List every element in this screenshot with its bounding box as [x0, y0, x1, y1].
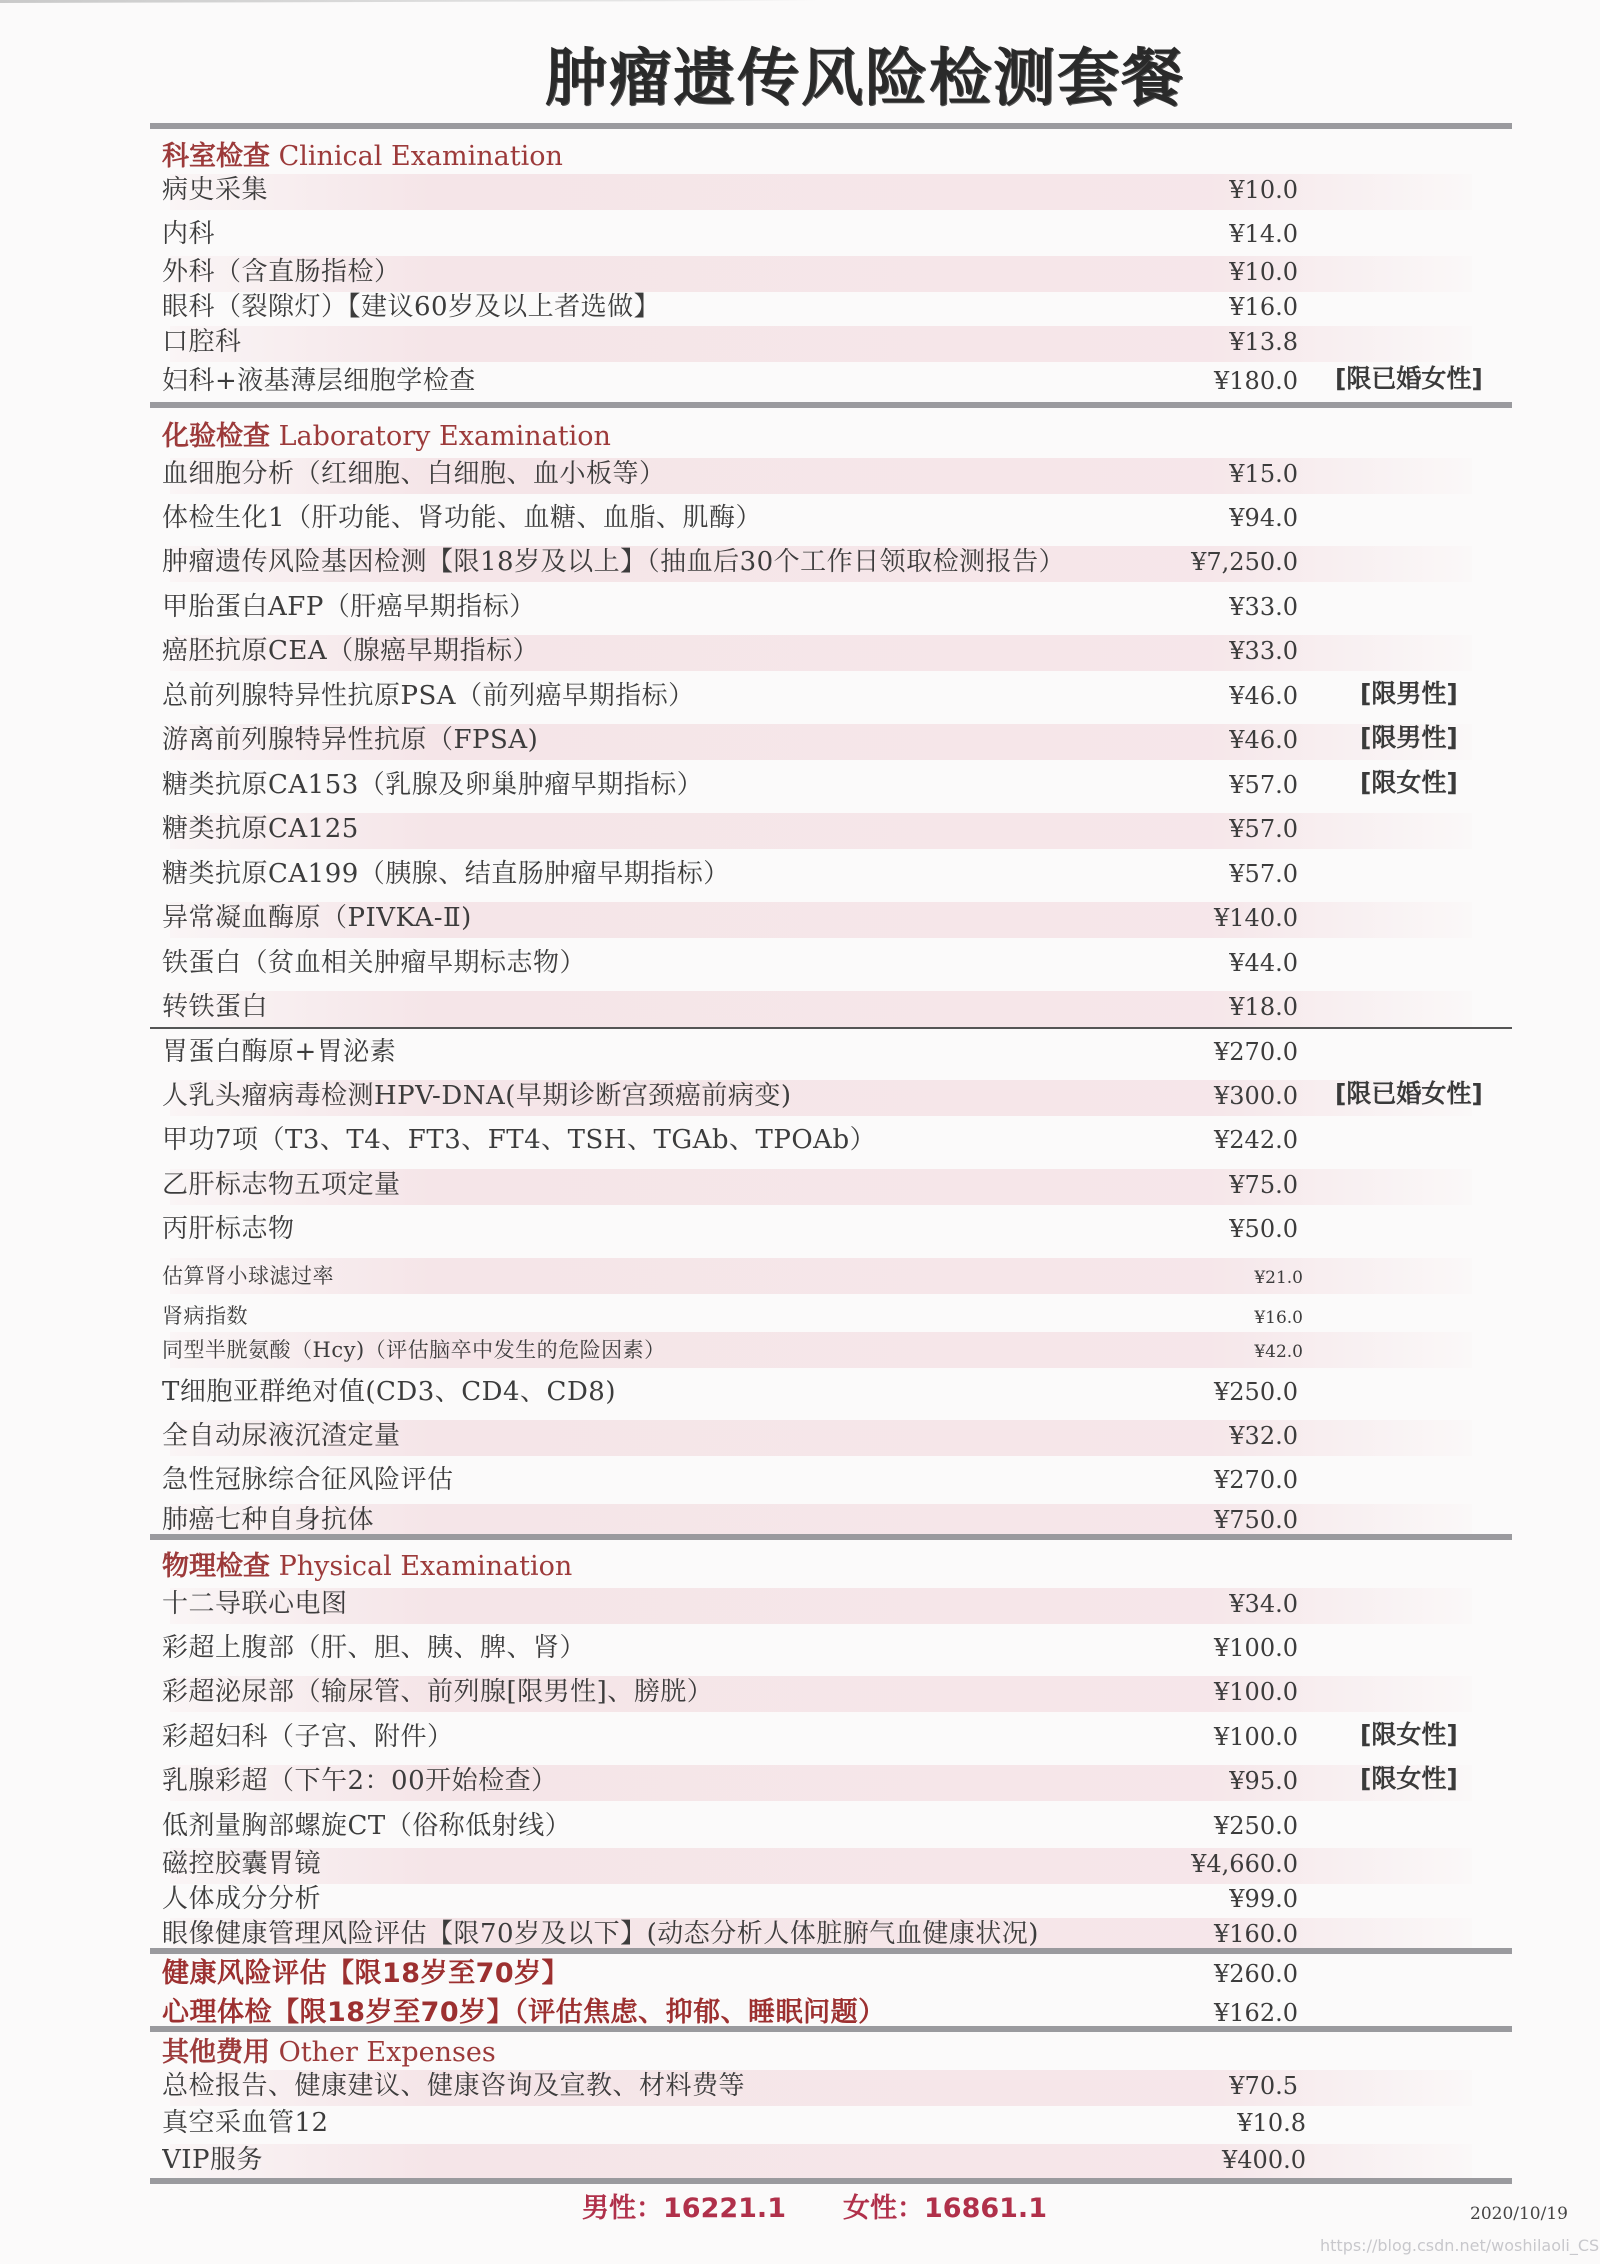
restriction-badge: [限男性]: [1360, 674, 1458, 710]
item-price: ¥75.0: [1229, 1171, 1298, 1199]
item-price: ¥250.0: [1214, 1812, 1298, 1840]
table-row: 低剂量胸部螺旋CT（俗称低射线） ¥250.0: [150, 1806, 1512, 1846]
item-price: ¥57.0: [1229, 771, 1298, 799]
table-row: 彩超上腹部（肝、胆、胰、脾、肾） ¥100.0: [150, 1628, 1512, 1668]
item-name: 丙肝标志物: [162, 1208, 295, 1245]
scan-edge-shadow: [0, 0, 820, 3]
table-row: 同型半胱氨酸（Hcy)（评估脑卒中发生的危险因素） ¥42.0: [150, 1328, 1512, 1368]
total-female-value: 16861.1: [924, 2193, 1047, 2224]
table-row: 口腔科 ¥13.8: [150, 322, 1512, 362]
total-female-label: 女性：: [843, 2193, 924, 2224]
item-price: ¥100.0: [1214, 1634, 1298, 1662]
section-divider: [150, 123, 1512, 129]
item-name: 口腔科: [162, 321, 242, 358]
item-name: T细胞亚群绝对值(CD3、CD4、CD8): [162, 1371, 616, 1408]
item-price: ¥270.0: [1214, 1466, 1298, 1494]
section-header-clinical: 科室检查 Clinical Examination: [162, 134, 563, 173]
table-row: 癌胚抗原CEA（腺癌早期指标） ¥33.0: [150, 631, 1512, 671]
table-row: 磁控胶囊胃镜 ¥4,660.0: [150, 1844, 1512, 1884]
item-price: ¥750.0: [1214, 1506, 1298, 1534]
table-row: 游离前列腺特异性抗原（FPSA) ¥46.0 [限男性]: [150, 720, 1512, 760]
item-price: ¥13.8: [1229, 328, 1298, 356]
item-name: 血细胞分析（红细胞、白细胞、血小板等）: [162, 453, 666, 490]
table-row: 急性冠脉综合征风险评估 ¥270.0: [150, 1460, 1512, 1500]
table-row: 糖类抗原CA199（胰腺、结直肠肿瘤早期指标） ¥57.0: [150, 854, 1512, 894]
restriction-badge: [限女性]: [1360, 763, 1458, 799]
item-price: ¥44.0: [1229, 949, 1298, 977]
item-price: ¥100.0: [1214, 1723, 1298, 1751]
item-name: 彩超妇科（子宫、附件）: [162, 1716, 454, 1753]
watermark: https://blog.csdn.net/woshilaoli_CSDN: [1320, 2236, 1600, 2255]
item-price: ¥250.0: [1214, 1378, 1298, 1406]
item-price: ¥160.0: [1214, 1920, 1298, 1948]
item-name: 妇科+液基薄层细胞学检查: [162, 360, 476, 397]
item-price: ¥46.0: [1229, 726, 1298, 754]
total-male: 男性：16221.1: [582, 2186, 786, 2225]
section-header-physical: 物理检查 Physical Examination: [162, 1544, 572, 1583]
document-date: 2020/10/19: [1470, 2204, 1568, 2224]
item-price: ¥162.0: [1214, 1999, 1298, 2027]
item-name: 估算肾小球滤过率: [162, 1260, 334, 1290]
table-row: 体检生化1（肝功能、肾功能、血糖、血脂、肌酶） ¥94.0: [150, 498, 1512, 538]
total-female: 女性：16861.1: [843, 2186, 1047, 2225]
table-row: 丙肝标志物 ¥50.0: [150, 1209, 1512, 1249]
item-name: 胃蛋白酶原+胃泌素: [162, 1031, 396, 1068]
section-header-cn: 物理检查: [162, 1551, 270, 1582]
item-name: 糖类抗原CA153（乳腺及卵巢肿瘤早期指标）: [162, 764, 703, 801]
table-row: T细胞亚群绝对值(CD3、CD4、CD8) ¥250.0: [150, 1372, 1512, 1412]
table-row: 甲胎蛋白AFP（肝癌早期指标） ¥33.0: [150, 587, 1512, 627]
item-name: 乙肝标志物五项定量: [162, 1164, 401, 1201]
item-name: 十二导联心电图: [162, 1583, 348, 1620]
item-name: 眼像健康管理风险评估【限70岁及以下】(动态分析人体脏腑气血健康状况): [162, 1913, 1039, 1950]
item-price: ¥33.0: [1229, 637, 1298, 665]
item-price: ¥140.0: [1214, 904, 1298, 932]
item-price: ¥14.0: [1229, 220, 1298, 248]
section-header-cn: 化验检查: [162, 421, 270, 452]
item-name: 人体成分分析: [162, 1878, 321, 1915]
row-divider: [150, 1027, 1512, 1029]
item-name: 肿瘤遗传风险基因检测【限18岁及以上】（抽血后30个工作日领取检测报告）: [162, 541, 1065, 578]
table-row: 彩超妇科（子宫、附件） ¥100.0 [限女性]: [150, 1717, 1512, 1757]
item-price: ¥400.0: [1222, 2146, 1306, 2174]
section-divider: [150, 402, 1512, 408]
item-name: VIP服务: [162, 2139, 263, 2176]
item-name: 同型半胱氨酸（Hcy)（评估脑卒中发生的危险因素）: [162, 1334, 666, 1364]
item-name: 磁控胶囊胃镜: [162, 1843, 321, 1880]
table-row: 人乳头瘤病毒检测HPV-DNA(早期诊断宫颈癌前病变) ¥300.0 [限已婚女…: [150, 1076, 1512, 1116]
item-price: ¥46.0: [1229, 682, 1298, 710]
item-name: 急性冠脉综合征风险评估: [162, 1459, 454, 1496]
item-price: ¥16.0: [1229, 293, 1298, 321]
item-price: ¥57.0: [1229, 860, 1298, 888]
section-header-en: Laboratory Examination: [279, 421, 611, 452]
item-price: ¥7,250.0: [1191, 548, 1298, 576]
item-name: 甲功7项（T3、T4、FT3、FT4、TSH、TGAb、TPOAb）: [162, 1119, 876, 1156]
item-price: ¥42.0: [1254, 1342, 1303, 1362]
table-row: 全自动尿液沉渣定量 ¥32.0: [150, 1416, 1512, 1456]
item-price: ¥10.0: [1229, 258, 1298, 286]
item-price: ¥10.0: [1229, 176, 1298, 204]
item-name: 肾病指数: [162, 1300, 248, 1330]
item-price: ¥100.0: [1214, 1678, 1298, 1706]
page-title: 肿瘤遗传风险检测套餐: [0, 28, 1600, 117]
restriction-badge: [限男性]: [1360, 718, 1458, 754]
table-row: 十二导联心电图 ¥34.0: [150, 1584, 1512, 1624]
table-row: VIP服务 ¥400.0: [150, 2140, 1512, 2180]
item-name: 癌胚抗原CEA（腺癌早期指标）: [162, 630, 539, 667]
item-price: ¥32.0: [1229, 1422, 1298, 1450]
item-name: 糖类抗原CA125: [162, 808, 359, 845]
item-price: ¥10.8: [1237, 2109, 1306, 2137]
table-row: 彩超泌尿部（输尿管、前列腺[限男性]、膀胱） ¥100.0: [150, 1672, 1512, 1712]
table-row: 糖类抗原CA153（乳腺及卵巢肿瘤早期指标） ¥57.0 [限女性]: [150, 765, 1512, 805]
item-name: 糖类抗原CA199（胰腺、结直肠肿瘤早期指标）: [162, 853, 730, 890]
item-name: 低剂量胸部螺旋CT（俗称低射线）: [162, 1805, 571, 1842]
table-row: 总检报告、健康建议、健康咨询及宣教、材料费等 ¥70.5: [150, 2066, 1512, 2106]
item-price: ¥34.0: [1229, 1590, 1298, 1618]
item-name: 乳腺彩超（下午2：00开始检查）: [162, 1760, 558, 1797]
table-row: 转铁蛋白 ¥18.0: [150, 987, 1512, 1027]
item-name: 总检报告、健康建议、健康咨询及宣教、材料费等: [162, 2065, 745, 2102]
item-name: 铁蛋白（贫血相关肿瘤早期标志物）: [162, 942, 586, 979]
section-divider: [150, 2178, 1512, 2184]
table-row: 肿瘤遗传风险基因检测【限18岁及以上】（抽血后30个工作日领取检测报告） ¥7,…: [150, 542, 1512, 582]
item-price: ¥57.0: [1229, 815, 1298, 843]
item-name: 转铁蛋白: [162, 986, 268, 1023]
item-name: 彩超上腹部（肝、胆、胰、脾、肾）: [162, 1627, 586, 1664]
total-male-value: 16221.1: [663, 2193, 786, 2224]
table-row: 异常凝血酶原（PIVKA-Ⅱ) ¥140.0: [150, 898, 1512, 938]
item-name: 肺癌七种自身抗体: [162, 1499, 374, 1536]
table-row: 胃蛋白酶原+胃泌素 ¥270.0: [150, 1032, 1512, 1072]
item-name: 异常凝血酶原（PIVKA-Ⅱ): [162, 897, 472, 934]
table-row: 眼科（裂隙灯）【建议60岁及以上者选做】 ¥16.0: [150, 287, 1512, 327]
item-price: ¥300.0: [1214, 1082, 1298, 1110]
restriction-badge: [限女性]: [1360, 1759, 1458, 1795]
item-price: ¥50.0: [1229, 1215, 1298, 1243]
item-price: ¥15.0: [1229, 460, 1298, 488]
section-header-en: Other Expenses: [279, 2037, 496, 2068]
section-header-other: 其他费用 Other Expenses: [162, 2030, 496, 2069]
table-row: 甲功7项（T3、T4、FT3、FT4、TSH、TGAb、TPOAb） ¥242.…: [150, 1120, 1512, 1160]
item-name: 外科（含直肠指检）: [162, 251, 401, 288]
section-header-cn: 科室检查: [162, 141, 270, 172]
item-price: ¥33.0: [1229, 593, 1298, 621]
item-price: ¥260.0: [1214, 1960, 1298, 1988]
section-header-en: Clinical Examination: [279, 141, 563, 172]
item-price: ¥94.0: [1229, 504, 1298, 532]
item-price: ¥242.0: [1214, 1126, 1298, 1154]
item-name: 游离前列腺特异性抗原（FPSA): [162, 719, 538, 756]
item-name: 甲胎蛋白AFP（肝癌早期指标）: [162, 586, 536, 623]
table-row: 内科 ¥14.0: [150, 214, 1512, 254]
item-price: ¥95.0: [1229, 1767, 1298, 1795]
item-name: 内科: [162, 213, 215, 250]
section-header-en: Physical Examination: [279, 1551, 573, 1582]
item-name: 体检生化1（肝功能、肾功能、血糖、血脂、肌酶）: [162, 497, 762, 534]
table-row: 铁蛋白（贫血相关肿瘤早期标志物） ¥44.0: [150, 943, 1512, 983]
item-price: ¥16.0: [1254, 1308, 1303, 1328]
item-name: 人乳头瘤病毒检测HPV-DNA(早期诊断宫颈癌前病变): [162, 1075, 792, 1112]
table-row-health-risk: 健康风险评估【限18岁至70岁】 ¥260.0: [150, 1954, 1512, 1994]
item-name: 全自动尿液沉渣定量: [162, 1415, 401, 1452]
item-name: 真空采血管12: [162, 2102, 329, 2139]
total-male-label: 男性：: [582, 2193, 663, 2224]
table-row: 糖类抗原CA125 ¥57.0: [150, 809, 1512, 849]
table-row: 病史采集 ¥10.0: [150, 170, 1512, 210]
table-row: 真空采血管12 ¥10.8: [150, 2103, 1512, 2143]
item-price: ¥18.0: [1229, 993, 1298, 1021]
item-name: 总前列腺特异性抗原PSA（前列癌早期指标）: [162, 675, 695, 712]
section-divider: [150, 1534, 1512, 1540]
table-row: 总前列腺特异性抗原PSA（前列癌早期指标） ¥46.0 [限男性]: [150, 676, 1512, 716]
item-price: ¥21.0: [1254, 1268, 1303, 1288]
item-name: 彩超泌尿部（输尿管、前列腺[限男性]、膀胱）: [162, 1671, 713, 1708]
item-name: 健康风险评估【限18岁至70岁】: [162, 1951, 569, 1990]
item-name: 眼科（裂隙灯）【建议60岁及以上者选做】: [162, 286, 660, 323]
restriction-badge: [限女性]: [1360, 1715, 1458, 1751]
item-price: ¥180.0: [1214, 367, 1298, 395]
item-price: ¥70.5: [1229, 2072, 1298, 2100]
section-header-cn: 其他费用: [162, 2037, 270, 2068]
table-row: 乳腺彩超（下午2：00开始检查） ¥95.0 [限女性]: [150, 1761, 1512, 1801]
section-header-laboratory: 化验检查 Laboratory Examination: [162, 414, 611, 453]
table-row: 血细胞分析（红细胞、白细胞、血小板等） ¥15.0: [150, 454, 1512, 494]
item-name: 病史采集: [162, 169, 268, 206]
restriction-badge: [限已婚女性]: [1335, 1074, 1483, 1110]
table-row: 估算肾小球滤过率 ¥21.0: [150, 1254, 1512, 1294]
item-price: ¥99.0: [1229, 1885, 1298, 1913]
table-row: 乙肝标志物五项定量 ¥75.0: [150, 1165, 1512, 1205]
item-price: ¥270.0: [1214, 1038, 1298, 1066]
item-price: ¥4,660.0: [1191, 1850, 1298, 1878]
table-row: 妇科+液基薄层细胞学检查 ¥180.0 [限已婚女性]: [150, 361, 1512, 401]
restriction-badge: [限已婚女性]: [1335, 359, 1483, 395]
item-name: 心理体检【限18岁至70岁】（评估焦虑、抑郁、睡眠问题）: [162, 1990, 886, 2029]
